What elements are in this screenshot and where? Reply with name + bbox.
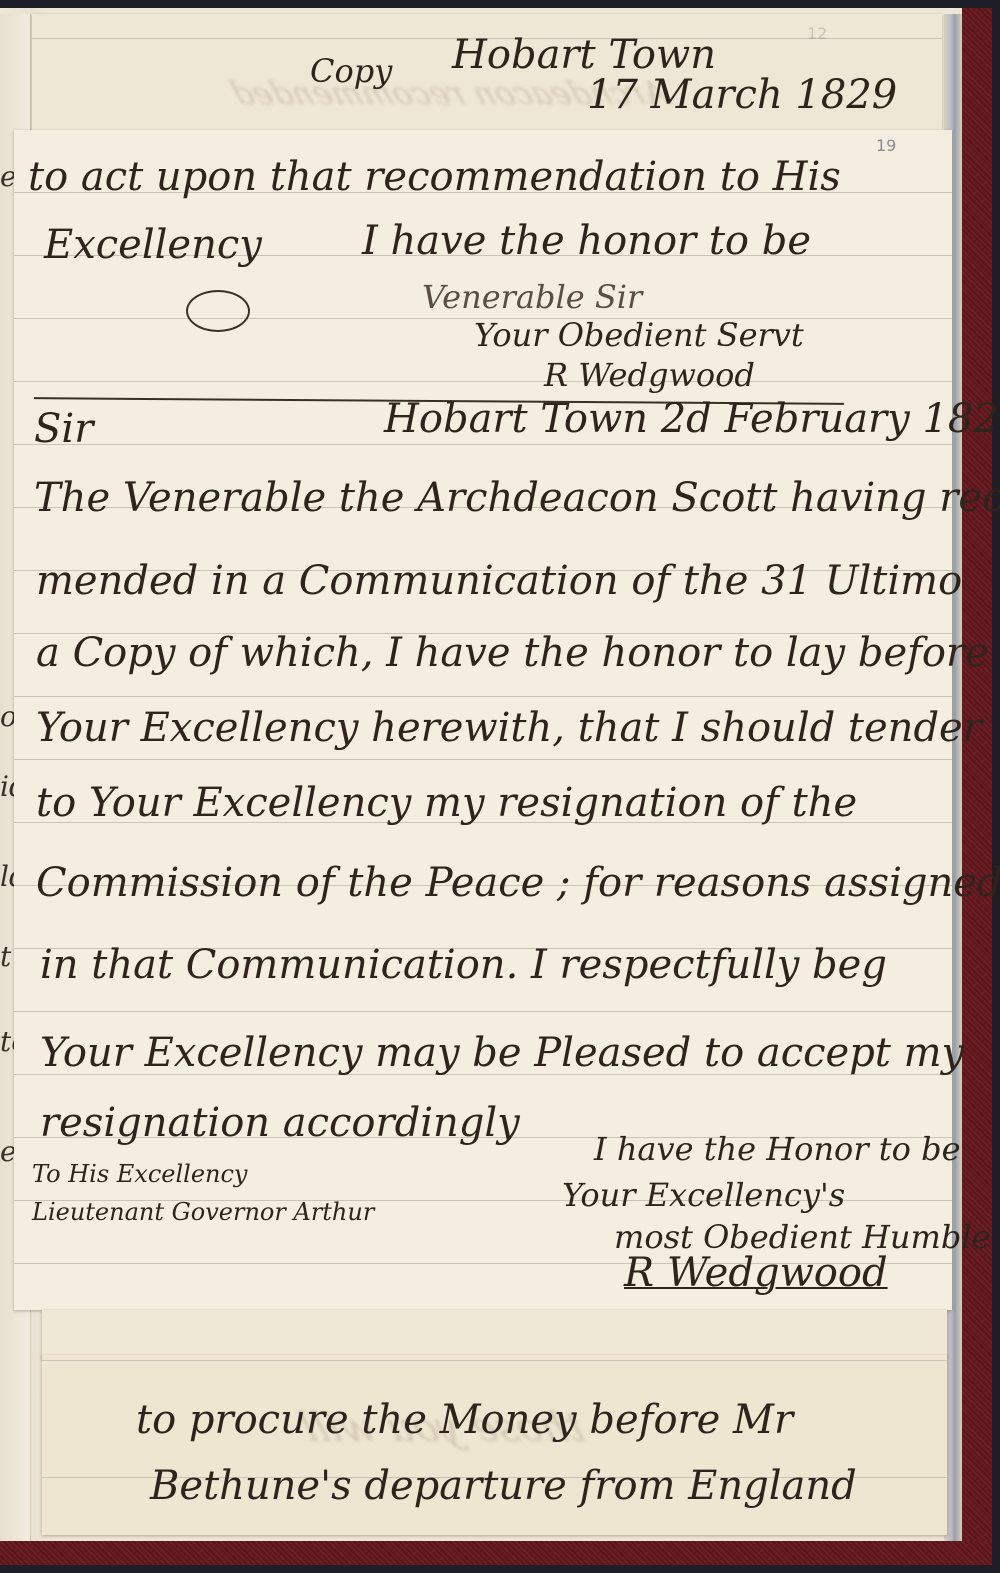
top-slip: Archdeacon recommended Copy Hobart Town … xyxy=(32,14,942,132)
first-letter-valediction2: Your Obedient Servt xyxy=(474,316,804,354)
first-letter-signature: R Wedgwood xyxy=(544,356,755,394)
page-number: 19 xyxy=(876,136,896,155)
body-line: Commission of the Peace ; for reasons as… xyxy=(36,860,1000,906)
body-line: to Your Excellency my resignation of the xyxy=(36,780,857,826)
addressee-line2: Lieutenant Governor Arthur xyxy=(32,1198,374,1226)
margin-fragment: id xyxy=(0,770,14,803)
body-line: Your Excellency may be Pleased to accept… xyxy=(40,1030,964,1076)
bottom-line1: to procure the Money before Mr xyxy=(136,1397,793,1443)
first-letter-honor: I have the honor to be xyxy=(362,218,811,264)
closing1: I have the Honor to be xyxy=(594,1130,961,1168)
binding-bottom xyxy=(0,1541,992,1565)
body-line: mended in a Communication of the 31 Ulti… xyxy=(36,558,962,604)
bottom-line2: Bethune's departure from England xyxy=(150,1463,857,1509)
body-line: resignation accordingly xyxy=(40,1100,520,1146)
margin-fragment: ld xyxy=(0,860,14,893)
binding-right xyxy=(962,8,992,1563)
margin-fragment: t xyxy=(0,940,14,973)
copy-label: Copy xyxy=(310,52,392,90)
body-line: Your Excellency herewith, that I should … xyxy=(36,705,982,751)
margin-fragment: on xyxy=(0,700,14,733)
second-letter-signature: R Wedgwood xyxy=(624,1250,888,1296)
top-date: 17 March 1829 xyxy=(587,72,897,118)
margin-fragment: e xyxy=(0,160,14,193)
main-slip: 19 to act upon that recommendation to Hi… xyxy=(14,130,952,1310)
first-letter-valediction1: Venerable Sir xyxy=(422,278,642,316)
closing2: Your Excellency's xyxy=(562,1176,845,1214)
body-line: a Copy of which, I have the honor to lay… xyxy=(36,630,989,676)
salutation: Sir xyxy=(34,406,93,452)
addressee-line1: To His Excellency xyxy=(32,1160,247,1188)
first-letter-excellency: Excellency xyxy=(44,222,262,268)
faint-page-number: 12 xyxy=(807,24,827,43)
place-date: Hobart Town 2d February 1828 xyxy=(384,396,1000,442)
margin-fragment: e xyxy=(0,1135,14,1168)
flourish xyxy=(186,290,250,332)
first-letter-line1: to act upon that recommendation to His xyxy=(28,154,841,200)
lower-slip xyxy=(42,1310,947,1358)
margin-fragment: ton xyxy=(0,1025,14,1058)
body-line: in that Communication. I respectfully be… xyxy=(40,942,887,988)
body-line: The Venerable the Archdeacon Scott havin… xyxy=(34,475,1000,521)
bottom-slip: those you will to procure the Money befo… xyxy=(42,1355,947,1535)
